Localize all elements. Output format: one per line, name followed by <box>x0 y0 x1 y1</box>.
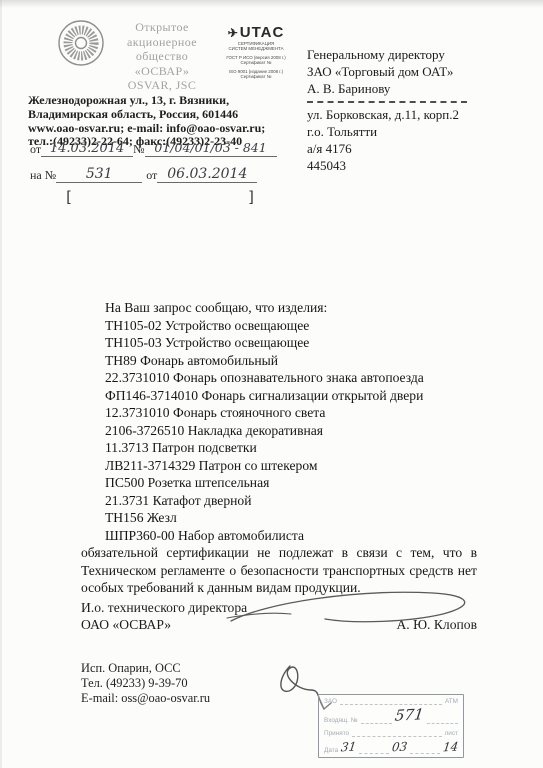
utac-sub-line: Сертификат № <box>212 74 300 79</box>
company-name-line: «ОСВАР» <box>108 64 216 79</box>
utac-sub-line: СИСТЕМ МЕНЕДЖМЕНТА <box>212 47 300 52</box>
in-number-label: на № <box>30 168 56 183</box>
scan-artifact-top <box>0 0 543 8</box>
stamp-header-right: АТМ <box>445 698 458 705</box>
recipient-company: ЗАО «Торговый дом ОАТ» <box>307 64 507 81</box>
company-name-block: Открытое акционерное общество «ОСВАР» OS… <box>108 20 216 93</box>
stamp-accepted-label: Принято <box>324 730 349 737</box>
stamp-dotted-line <box>427 717 458 724</box>
stamp-date-label: Дата <box>324 747 338 754</box>
out-date-field: 14.03.2014 <box>41 141 133 157</box>
recipient-person: А. В. Баринову <box>307 81 507 98</box>
in-date-label: от <box>146 168 157 183</box>
product-line: ЛВ211-3714329 Патрон со штекером <box>105 457 477 475</box>
stamp-date-row: Дата 31 03 14 <box>324 744 458 754</box>
product-line: ПС500 Розетка штепсельная <box>105 474 477 492</box>
utac-certification-block: ✈UTAC СЕРТИФИКАЦИЯ СИСТЕМ МЕНЕДЖМЕНТА ГО… <box>210 24 302 79</box>
product-line: ТН89 Фонарь автомобильный <box>105 352 477 370</box>
recipient-title: Генеральному директору <box>307 47 507 64</box>
sender-address-line: Железнодорожная ул., 13, г. Вязники, <box>28 94 288 108</box>
plane-icon: ✈ <box>228 26 239 40</box>
bracket-close: ] <box>247 188 256 206</box>
utac-brand-text: UTAC <box>240 24 285 41</box>
product-line: 21.3731 Катафот дверной <box>105 492 477 510</box>
handwritten-in-date: 06.03.2014 <box>167 166 247 182</box>
dashed-separator <box>307 101 467 103</box>
out-number-field: 01/04/01/03 - 841 <box>145 140 277 157</box>
recipient-street: ул. Борковская, д.11, корп.2 <box>307 107 507 124</box>
stamp-dotted-line <box>361 717 392 724</box>
incoming-ref-row: на № 531 от 06.03.2014 <box>30 166 310 183</box>
stamp-incoming-number-row: Входящ. № 571 <box>324 712 458 724</box>
sender-address-line: www.oao-osvar.ru; e-mail: info@oao-osvar… <box>28 122 288 136</box>
stamp-header-left: ЗАО <box>324 698 337 705</box>
letter-body: На Ваш запрос сообщаю, что изделия: ТН10… <box>81 299 477 597</box>
outgoing-ref-row: от 14.03.2014 № 01/04/01/03 - 841 <box>30 140 310 157</box>
scanned-letter-page: Открытое акционерное общество «ОСВАР» OS… <box>0 0 543 768</box>
product-line: ФП146-3714010 Фонарь сигнализации открыт… <box>105 387 477 405</box>
scan-artifact-left <box>0 0 2 768</box>
handwritten-out-number: 01/04/01/03 - 841 <box>154 140 266 155</box>
recipient-zip: 445043 <box>307 158 507 175</box>
utac-sub-line: Сертификат № <box>212 60 300 65</box>
out-date-label: от <box>30 142 41 157</box>
stamp-incoming-label: Входящ. № <box>324 717 358 724</box>
handwritten-date-year: 14 <box>442 740 459 755</box>
product-line: 22.3731010 Фонарь опознавательного знака… <box>105 369 477 387</box>
product-line: ТН105-03 Устройство освещающее <box>105 334 477 352</box>
product-line: 2106-3726510 Накладка декоративная <box>105 422 477 440</box>
in-number-field: 531 <box>56 166 142 183</box>
stamp-accepted-row: Принято лист <box>324 730 458 737</box>
sender-address-line: Владимирская область, Россия, 601446 <box>28 108 288 122</box>
recipient-pobox: а/я 4176 <box>307 141 507 158</box>
address-window-brackets: [ ] <box>64 188 256 206</box>
product-line: ТН105-02 Устройство освещающее <box>105 317 477 335</box>
out-number-label: № <box>133 142 144 157</box>
stamp-sheets-label: лист <box>445 730 458 737</box>
company-name-line: акционерное <box>108 35 216 50</box>
company-name-line: Открытое <box>108 20 216 35</box>
body-intro: На Ваш запрос сообщаю, что изделия: <box>105 299 477 317</box>
handwritten-date-month: 03 <box>391 740 408 755</box>
product-line: ШПР360-00 Набор автомобилиста <box>105 527 477 545</box>
osvar-emblem-icon <box>57 19 105 67</box>
stamp-dotted-line <box>410 747 440 754</box>
recipient-city: г.о. Тольятти <box>307 124 507 141</box>
product-line: 12.3731010 Фонарь стояночного света <box>105 404 477 422</box>
handwritten-in-number: 531 <box>86 166 113 182</box>
stamp-dotted-line <box>340 698 442 705</box>
product-line: 11.3713 Патрон подсветки <box>105 439 477 457</box>
stamp-dotted-line <box>352 730 441 737</box>
company-name-line: общество <box>108 49 216 64</box>
bracket-open: [ <box>64 188 73 206</box>
company-name-line: OSVAR, JSC <box>108 78 216 93</box>
reference-lines: от 14.03.2014 № 01/04/01/03 - 841 на № 5… <box>30 140 310 192</box>
handwritten-date-day: 31 <box>340 740 357 755</box>
recipient-block: Генеральному директору ЗАО «Торговый дом… <box>307 47 507 175</box>
handwritten-incoming-number: 571 <box>394 705 425 725</box>
incoming-mail-stamp: ЗАО АТМ Входящ. № 571 Принято лист Дата … <box>318 694 464 758</box>
handwritten-out-date: 14.03.2014 <box>50 141 124 156</box>
product-line: ТН156 Жезл <box>105 509 477 527</box>
utac-logo: ✈UTAC <box>210 24 302 41</box>
stamp-dotted-line <box>359 747 389 754</box>
signature-stroke-icon <box>225 585 487 635</box>
stamp-header-row: ЗАО АТМ <box>324 698 458 705</box>
in-date-field: 06.03.2014 <box>157 166 257 183</box>
